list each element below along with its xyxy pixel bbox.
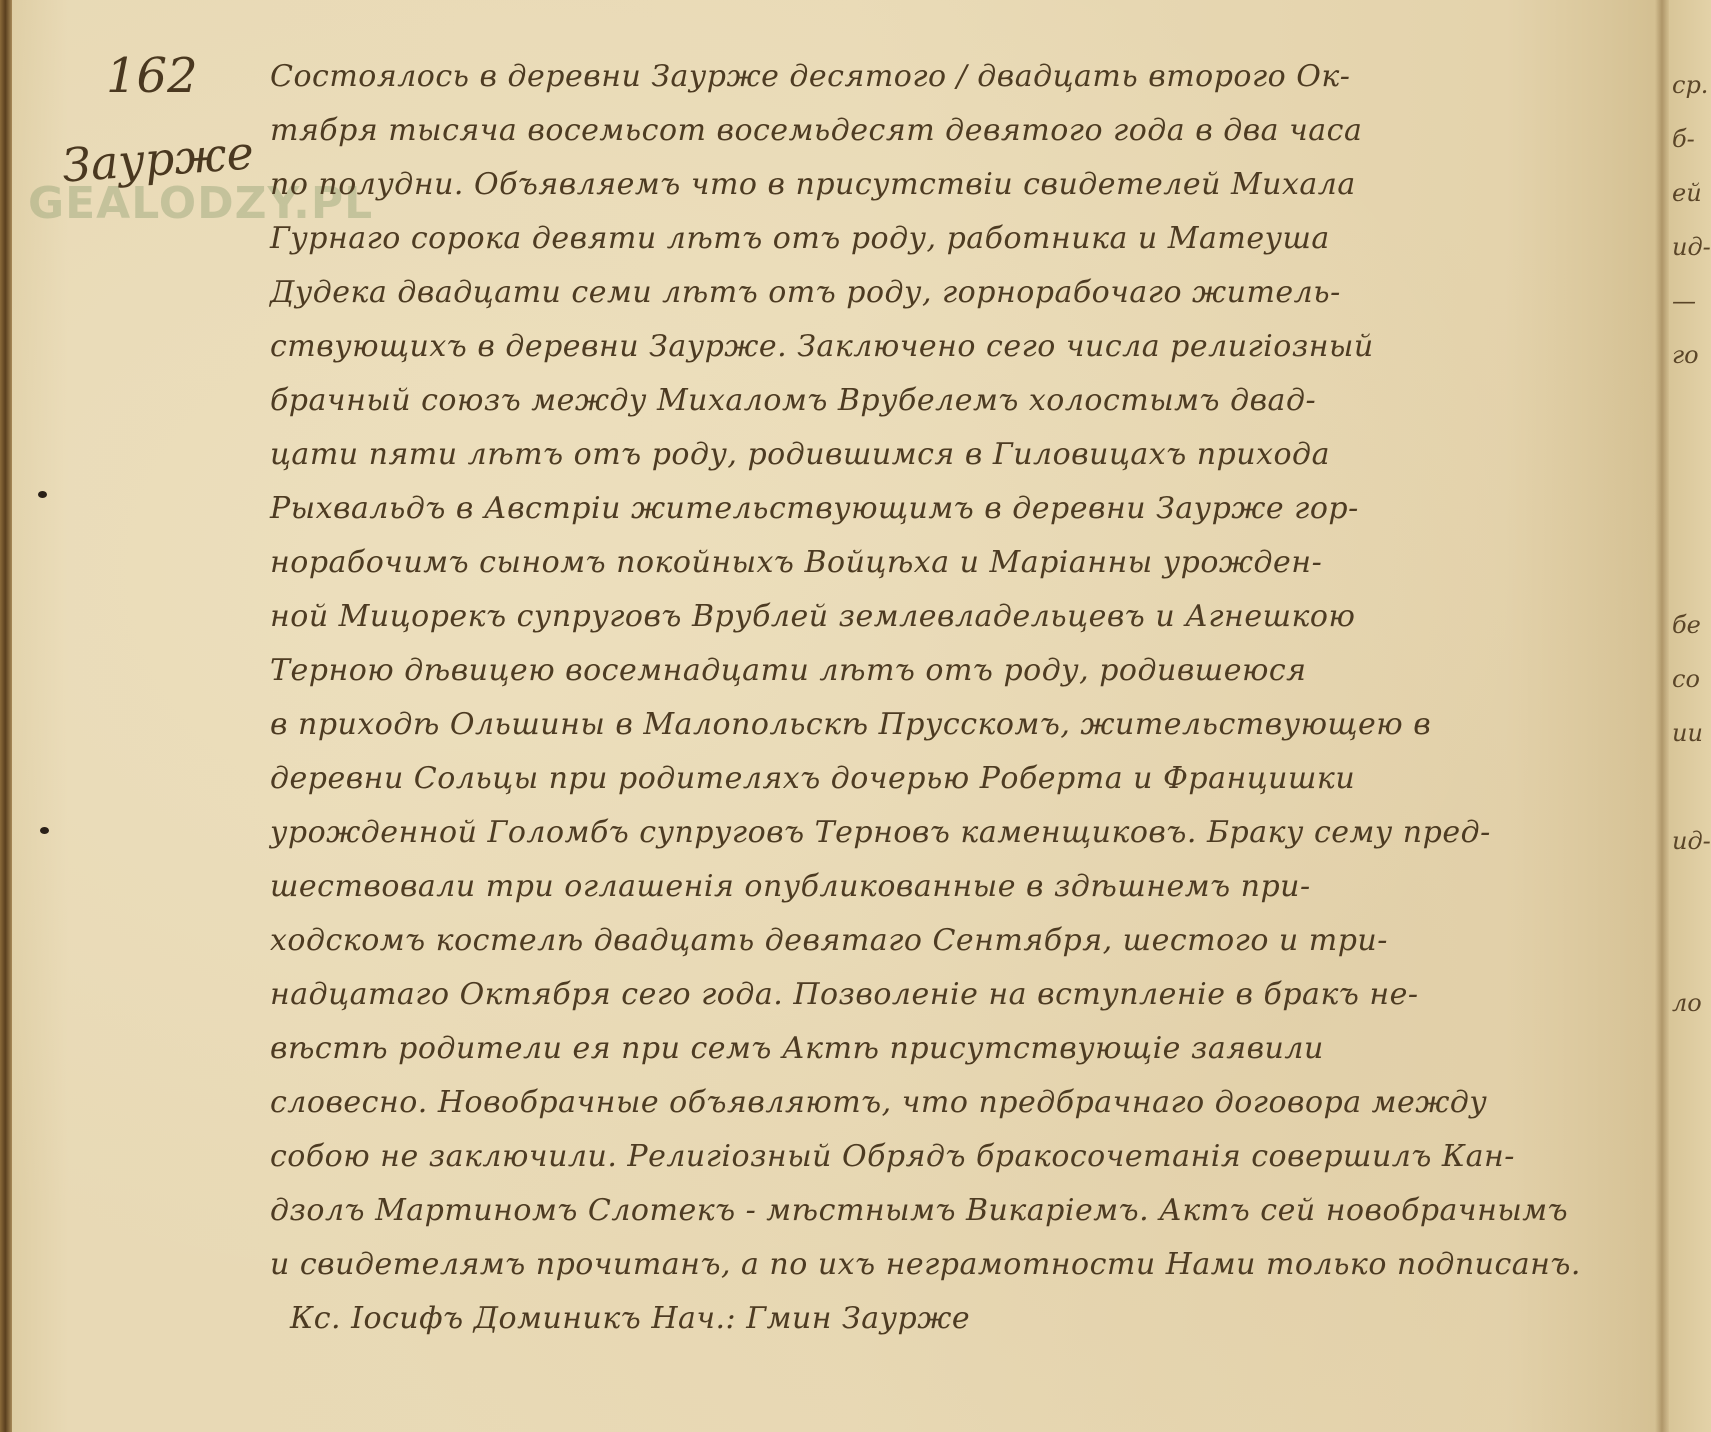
margin-fragment: бе [1672, 598, 1711, 652]
margin-fragment: ид- [1672, 814, 1711, 868]
margin-fragment: — [1672, 274, 1711, 328]
margin-fragment: ср. [1672, 58, 1711, 112]
page-fold-shadow [1655, 0, 1669, 1432]
ink-spot [40, 827, 49, 834]
margin-fragment [1672, 544, 1711, 598]
act-line: деревни Сольцы при родителяхъ дочерью Ро… [270, 752, 1630, 806]
adjacent-page-text-fragments: ср. б- ей ид- — го бе со ии ид- ло [1672, 58, 1711, 1030]
act-line: вѣстѣ родители ея при семъ Актѣ присутст… [270, 1022, 1630, 1076]
act-line: словесно. Новобрачные объявляютъ, что пр… [270, 1076, 1630, 1130]
margin-fragment: ло [1672, 976, 1711, 1030]
act-line: по полудни. Объявляемъ что в присутствіи… [270, 158, 1630, 212]
act-line: Дудека двадцати семи лѣтъ отъ роду, горн… [270, 266, 1630, 320]
act-line: ной Мицорекъ супруговъ Врублей землевлад… [270, 590, 1630, 644]
margin-fragment [1672, 490, 1711, 544]
act-line: надцатаго Октября сего года. Позволеніе … [270, 968, 1630, 1022]
margin-fragment [1672, 436, 1711, 490]
margin-fragment: ид- [1672, 220, 1711, 274]
act-line: ствующихъ в деревни Заурже. Заключено се… [270, 320, 1630, 374]
act-line: собою не заключили. Религіозный Обрядъ б… [270, 1130, 1630, 1184]
act-line: и свидетелямъ прочитанъ, а по ихъ неграм… [270, 1238, 1630, 1292]
margin-fragment: ии [1672, 706, 1711, 760]
act-line: в приходѣ Ольшины в Малопольскѣ Прусском… [270, 698, 1630, 752]
ink-spot [38, 491, 47, 498]
signature-line: Кс. Іосифъ Доминикъ Нач.: Гмин Заурже [270, 1292, 1630, 1346]
book-binding-edge [0, 0, 12, 1432]
scanned-page: GEALODZY.PL 162 Заурже Состоялось в дере… [0, 0, 1711, 1432]
act-line: цати пяти лѣтъ отъ роду, родившимся в Ги… [270, 428, 1630, 482]
act-line: ходскомъ костелѣ двадцать девятаго Сентя… [270, 914, 1630, 968]
act-line: тября тысяча восемьсот восемьдесят девят… [270, 104, 1630, 158]
act-line: Состоялось в деревни Заурже десятого / д… [270, 50, 1630, 104]
margin-fragment [1672, 868, 1711, 922]
margin-fragment [1672, 382, 1711, 436]
margin-fragment: ей [1672, 166, 1711, 220]
margin-fragment [1672, 760, 1711, 814]
act-line: Рыхвальдъ в Австріи жительствующимъ в де… [270, 482, 1630, 536]
act-number: 162 [106, 48, 198, 104]
act-line: урожденной Голомбъ супруговъ Терновъ кам… [270, 806, 1630, 860]
act-line: шествовали три оглашенія опубликованные … [270, 860, 1630, 914]
margin-fragment [1672, 922, 1711, 976]
margin-fragment: го [1672, 328, 1711, 382]
margin-fragment: со [1672, 652, 1711, 706]
act-line: дзолъ Мартиномъ Слотекъ - мѣстнымъ Викар… [270, 1184, 1630, 1238]
act-line: Терною дѣвицею восемнадцати лѣтъ отъ род… [270, 644, 1630, 698]
act-line: норабочимъ сыномъ покойныхъ Войцѣха и Ма… [270, 536, 1630, 590]
act-line: брачный союзъ между Михаломъ Врубелемъ х… [270, 374, 1630, 428]
act-body: Состоялось в деревни Заурже десятого / д… [270, 50, 1630, 1346]
margin-fragment: б- [1672, 112, 1711, 166]
act-line: Гурнаго сорока девяти лѣтъ отъ роду, раб… [270, 212, 1630, 266]
